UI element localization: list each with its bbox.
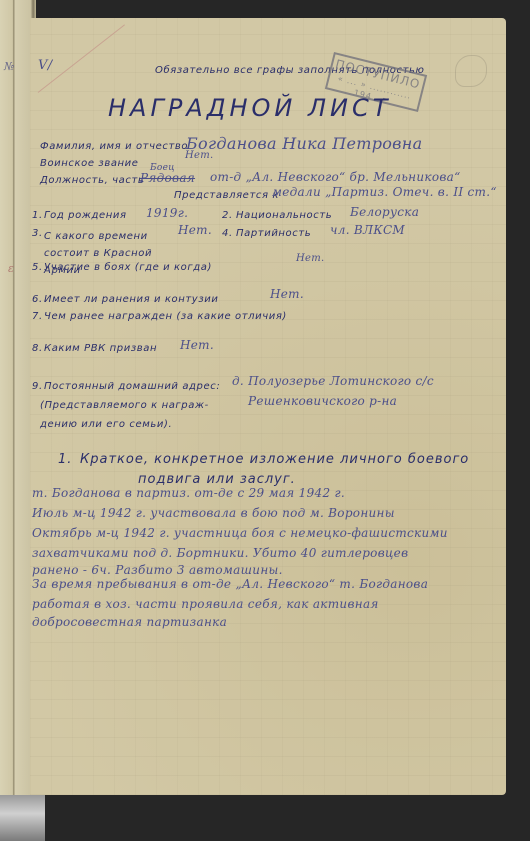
feat-line: Июль м-ц 1942 г. участвовала в бою под м… xyxy=(32,506,395,520)
value-rank: Нет. xyxy=(185,150,214,161)
label-rank: Воинское звание xyxy=(40,158,139,169)
feat-line: Октябрь м-ц 1942 г. участница боя с неме… xyxy=(32,526,448,540)
label-full-name: Фамилия, имя и отчество xyxy=(40,141,188,152)
label-party: Партийность xyxy=(236,228,311,239)
feat-line: добросовестная партизанка xyxy=(32,615,227,629)
pencil-mark xyxy=(455,55,487,87)
label-rvk: Каким РВК призван xyxy=(44,343,157,354)
value-birth-year: 1919г. xyxy=(146,206,188,220)
num-battles: 5. xyxy=(32,262,43,273)
value-wounds: Нет. xyxy=(270,287,304,301)
checkmark: V/ xyxy=(38,58,52,73)
value-full-name: Богданова Ника Петровна xyxy=(186,134,422,153)
label-birth-year: Год рождения xyxy=(44,210,127,221)
value-address-1: д. Полуозерье Лотинского с/с xyxy=(232,374,434,388)
num-address: 9. xyxy=(32,381,43,392)
num-birth-year: 1. xyxy=(32,210,43,221)
num-party: 4. xyxy=(222,228,233,239)
num-rvk: 8. xyxy=(32,343,43,354)
label-nominated-for: Представляется к xyxy=(174,190,279,201)
feat-line: За время пребывания в от-де „Ал. Невског… xyxy=(32,577,428,591)
value-address-2: Решенковичского р-на xyxy=(248,394,397,408)
feat-line: ранено - 6ч. Разбито 3 автомашины. xyxy=(32,563,283,577)
label-previous-awards: Чем ранее награжден (за какие отличия) xyxy=(44,311,287,322)
value-position-unit: от-д „Ал. Невского“ бр. Мельникова“ xyxy=(210,170,461,184)
label-address-1: Постоянный домашний адрес: xyxy=(44,381,220,392)
feat-heading-line2: подвига или заслуг. xyxy=(138,472,296,487)
value-battles: Нет. xyxy=(296,253,325,264)
num-wounds: 6. xyxy=(32,294,43,305)
feat-line: работая в хоз. части проявила себя, как … xyxy=(32,597,379,611)
value-nationality: Белоруска xyxy=(350,205,419,219)
feat-line: т. Богданова в партиз. от-де с 29 мая 19… xyxy=(32,486,345,500)
value-party: чл. ВЛКСМ xyxy=(330,223,405,237)
feat-line: захватчиками под д. Бортники. Убито 40 г… xyxy=(32,546,408,560)
num-nationality: 2. xyxy=(222,210,233,221)
label-battles: Участие в боях (где и когда) xyxy=(44,262,212,273)
value-service-since: Нет. xyxy=(178,223,212,237)
page-title: НАГРАДНОЙ ЛИСТ xyxy=(108,94,391,122)
label-nationality: Национальность xyxy=(236,210,332,221)
value-rvk: Нет. xyxy=(180,338,214,352)
num-service-since: 3. xyxy=(32,228,43,239)
value-position-struck: Рядовая xyxy=(140,171,195,185)
label-address-2: (Представляемого к награж- xyxy=(40,400,209,411)
num-previous-awards: 7. xyxy=(32,311,43,322)
binding-mark: № xyxy=(4,60,14,73)
feat-heading-num: 1. xyxy=(58,452,72,467)
value-nominated-for: медали „Партиз. Отеч. в. II ст.“ xyxy=(272,185,497,199)
label-address-3: дению или его семьи). xyxy=(40,419,172,430)
label-position: Должность, часть xyxy=(40,175,144,186)
binding-clip xyxy=(0,795,45,841)
feat-heading-line1: Краткое, конкретное изложение личного бо… xyxy=(80,452,469,467)
label-wounds: Имеет ли ранения и контузии xyxy=(44,294,218,305)
binding-mark-red: ε xyxy=(8,262,14,275)
